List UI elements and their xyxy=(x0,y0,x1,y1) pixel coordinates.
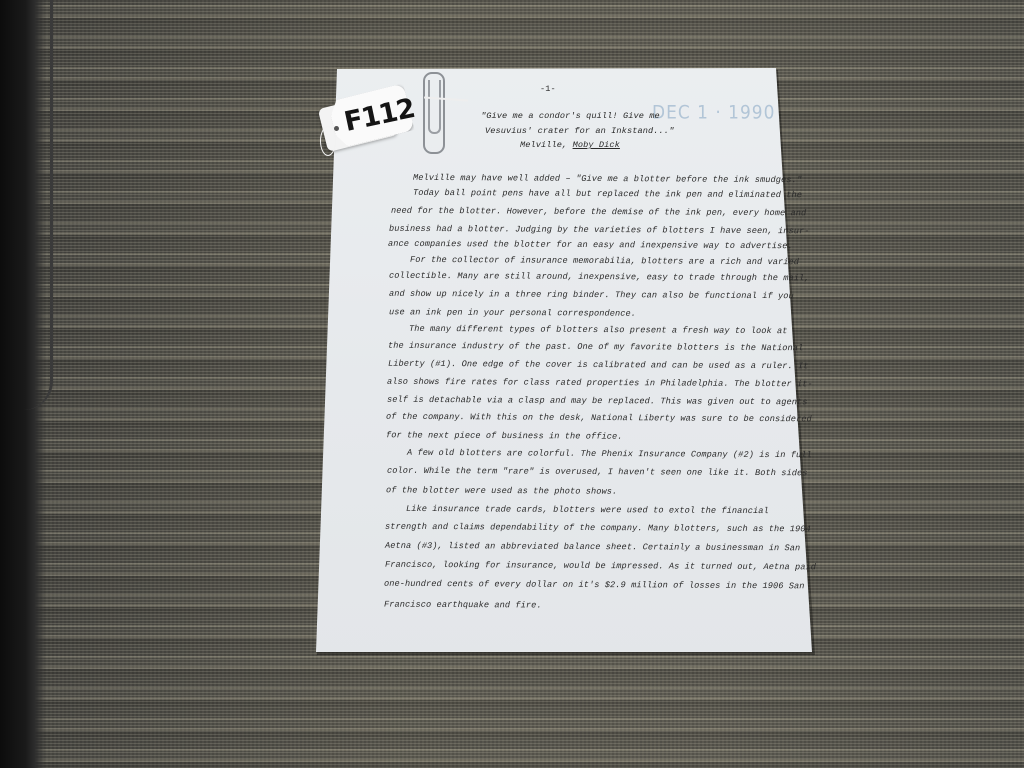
body-line: ance companies used the blotter for an e… xyxy=(388,239,793,251)
body-line: A few old blotters are colorful. The Phe… xyxy=(407,448,812,460)
body-line: strength and claims dependability of the… xyxy=(385,522,811,535)
body-line: Aetna (#3), listed an abbreviated balanc… xyxy=(385,541,800,554)
body-line: Francisco earthquake and fire. xyxy=(384,600,542,611)
body-line: Melville may have well added – "Give me … xyxy=(413,173,802,185)
body-line: collectible. Many are still around, inex… xyxy=(389,271,810,284)
body-line: one-hundred cents of every dollar on it'… xyxy=(384,579,805,592)
tag-string xyxy=(320,126,336,156)
body-line: For the collector of insurance memorabil… xyxy=(410,255,799,267)
tag-hole xyxy=(334,126,339,131)
page-number: -1- xyxy=(540,84,556,94)
epigraph-line-2: Vesuvius' crater for an Inkstand..." xyxy=(485,126,674,136)
body-line: also shows fire rates for class rated pr… xyxy=(387,377,813,390)
body-line: and show up nicely in a three ring binde… xyxy=(389,289,794,301)
body-line: for the next piece of business in the of… xyxy=(386,430,623,441)
body-line: need for the blotter. However, before th… xyxy=(391,206,806,219)
body-line: Today ball point pens have all but repla… xyxy=(413,188,802,200)
body-line: Like insurance trade cards, blotters wer… xyxy=(406,504,769,516)
epigraph-attribution: Melville, Moby Dick xyxy=(520,140,620,150)
body-line: Liberty (#1). One edge of the cover is c… xyxy=(388,359,809,372)
body-line: self is detachable via a clasp and may b… xyxy=(387,395,808,408)
body-line: color. While the term "rare" is overused… xyxy=(387,466,808,479)
body-line: The many different types of blotters als… xyxy=(409,324,788,336)
epigraph-work-title: Moby Dick xyxy=(573,140,620,150)
body-line: Francisco, looking for insurance, would … xyxy=(385,560,816,573)
body-line: use an ink pen in your personal correspo… xyxy=(389,307,636,319)
body-line: business had a blotter. Judging by the v… xyxy=(389,224,810,237)
document-text: -1- DEC 1 · 1990 "Give me a condor's qui… xyxy=(0,0,1024,768)
paperclip-inner-loop xyxy=(428,80,441,134)
body-line: the insurance industry of the past. One … xyxy=(388,341,803,354)
epigraph-author: Melville, xyxy=(520,140,573,150)
date-stamp: DEC 1 · 1990 xyxy=(652,102,775,124)
body-line: of the blotter were used as the photo sh… xyxy=(386,485,617,496)
body-line: of the company. With this on the desk, N… xyxy=(386,412,812,425)
epigraph-line-1: "Give me a condor's quill! Give me xyxy=(481,111,660,121)
